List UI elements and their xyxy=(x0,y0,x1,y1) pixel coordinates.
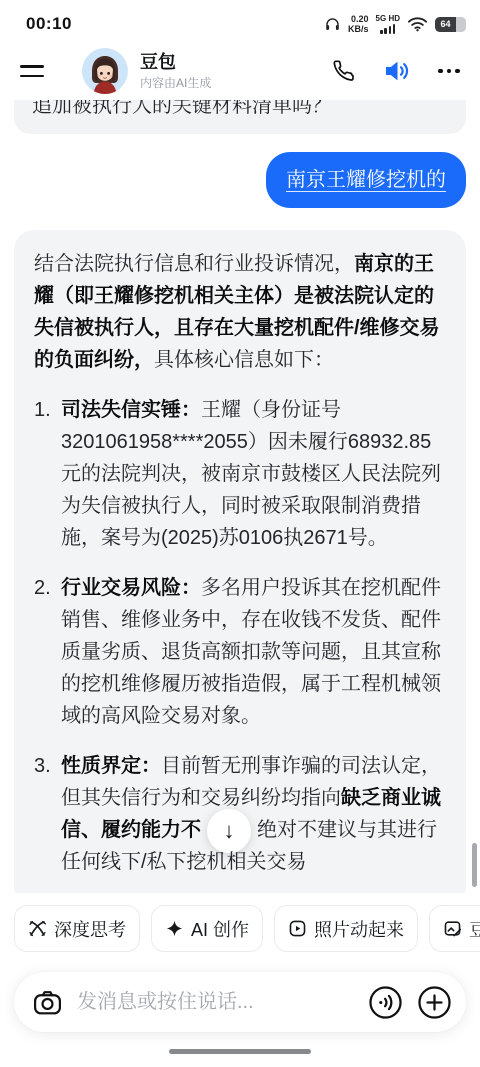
bottom-panel: 深度思考 AI 创作 照片动起来 xyxy=(0,893,480,1067)
list-item: 1. 司法失信实锤：王耀（身份证号3201061958****2055）因未履行… xyxy=(34,394,446,554)
wifi-icon xyxy=(407,16,428,32)
photo-play-icon xyxy=(288,919,307,938)
app-header: 豆包 内容由AI生成 xyxy=(0,42,480,100)
headset-icon xyxy=(324,16,341,33)
user-message-bubble[interactable]: 南京王耀修挖机的 xyxy=(266,152,466,208)
battery-icon: 64 xyxy=(435,17,466,32)
deep-think-icon xyxy=(28,919,47,938)
ai-create-chip[interactable]: AI 创作 xyxy=(151,905,263,952)
quick-action-toolbar: 深度思考 AI 创作 照片动起来 xyxy=(0,893,480,952)
camera-icon[interactable] xyxy=(32,987,63,1018)
signal-bars-icon: 5G HD xyxy=(376,15,400,34)
more-icon[interactable] xyxy=(438,69,460,74)
arrow-down-icon: ↓ xyxy=(224,818,235,844)
speaker-icon[interactable] xyxy=(383,58,411,84)
photo-animate-chip[interactable]: 照片动起来 xyxy=(274,905,418,952)
message-input-bar xyxy=(14,972,466,1032)
network-speed: 0.20 KB/s xyxy=(348,14,369,34)
previous-ai-message-clipped: 追加被执行人的关键材料清单吗？ xyxy=(14,100,466,134)
list-item: 3. 性质界定：目前暂无刑事诈骗的司法认定，但其失信行为和交易纠纷均指向缺乏商业… xyxy=(34,750,446,878)
list-item: 2. 行业交易风险：多名用户投诉其在挖机配件销售、维修业务中，存在收钱不发货、配… xyxy=(34,572,446,732)
doubao-app-screen: 00:10 0.20 KB/s 5G HD xyxy=(0,0,480,1067)
deep-think-chip[interactable]: 深度思考 xyxy=(14,905,140,952)
sparkle-icon xyxy=(165,919,184,938)
scroll-to-bottom-button[interactable]: ↓ xyxy=(207,809,251,853)
menu-icon[interactable] xyxy=(20,65,44,77)
home-indicator[interactable] xyxy=(169,1049,311,1054)
voice-wave-icon[interactable] xyxy=(368,985,403,1020)
ai-response-card: 结合法院执行信息和行业投诉情况，南京的王耀（即王耀修挖机相关主体）是被法院认定的… xyxy=(14,230,466,893)
ai-intro-paragraph: 结合法院执行信息和行业投诉情况，南京的王耀（即王耀修挖机相关主体）是被法院认定的… xyxy=(34,248,446,376)
ai-generated-note: 内容由AI生成 xyxy=(140,74,211,91)
avatar[interactable] xyxy=(82,48,128,94)
clock: 00:10 xyxy=(26,14,72,34)
phone-icon[interactable] xyxy=(332,59,356,83)
photo-edit-icon xyxy=(443,919,462,938)
status-bar: 00:10 0.20 KB/s 5G HD xyxy=(0,0,480,42)
page-title: 豆包 xyxy=(140,52,211,72)
message-input[interactable] xyxy=(77,991,354,1014)
battery-percent: 64 xyxy=(435,19,456,29)
doubao-photo-edit-chip[interactable]: 豆包P图 xyxy=(429,905,480,952)
chat-scroll-area[interactable]: 追加被执行人的关键材料清单吗？ 南京王耀修挖机的 结合法院执行信息和行业投诉情况… xyxy=(0,100,480,893)
plus-icon[interactable] xyxy=(417,985,452,1020)
scrollbar-thumb[interactable] xyxy=(472,843,477,887)
